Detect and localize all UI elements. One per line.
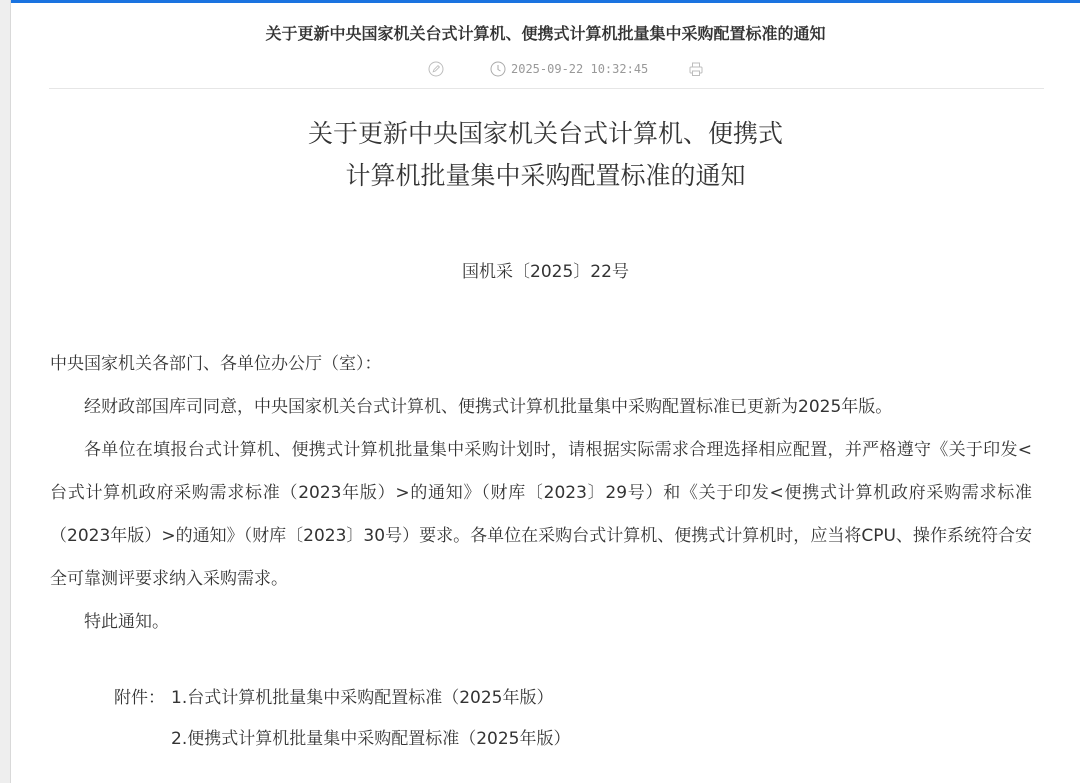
salutation: 中央国家机关各部门、各单位办公厅（室）：: [50, 343, 1032, 386]
clock-icon: [490, 61, 506, 77]
document-title-line-1: 关于更新中央国家机关台式计算机、便携式: [11, 113, 1080, 155]
attachments-label: 附件：: [114, 678, 171, 719]
left-gutter: [0, 0, 11, 783]
document-number: 国机采〔2025〕22号: [11, 257, 1080, 282]
pencil-circle-icon: [428, 61, 444, 77]
publish-time: 2025-09-22 10:32:45: [490, 61, 648, 77]
document-title-line-2: 计算机批量集中采购配置标准的通知: [11, 155, 1080, 197]
attachment-link-1[interactable]: 1.台式计算机批量集中采购配置标准（2025年版）: [171, 678, 553, 719]
timestamp: 2025-09-22 10:32:45: [511, 62, 648, 76]
article-page: 关于更新中央国家机关台式计算机、便携式计算机批量集中采购配置标准的通知 2025…: [11, 3, 1080, 783]
edit-button[interactable]: [428, 61, 444, 77]
paragraph: 各单位在填报台式计算机、便携式计算机批量集中采购计划时，请根据实际需求合理选择相…: [50, 429, 1032, 601]
paragraph: 经财政部国库司同意，中央国家机关台式计算机、便携式计算机批量集中采购配置标准已更…: [50, 386, 1032, 429]
header-title: 关于更新中央国家机关台式计算机、便携式计算机批量集中采购配置标准的通知: [11, 21, 1080, 44]
attachment-link-2[interactable]: 2.便携式计算机批量集中采购配置标准（2025年版）: [171, 719, 570, 760]
attachments: 附件： 1.台式计算机批量集中采购配置标准（2025年版） 2.便携式计算机批量…: [114, 678, 570, 760]
document-body: 中央国家机关各部门、各单位办公厅（室）： 经财政部国库司同意，中央国家机关台式计…: [50, 343, 1032, 644]
document-title: 关于更新中央国家机关台式计算机、便携式 计算机批量集中采购配置标准的通知: [11, 113, 1080, 197]
article-meta: 2025-09-22 10:32:45: [11, 61, 1080, 81]
header-divider: [49, 88, 1044, 89]
printer-icon: [688, 61, 704, 77]
print-button[interactable]: [688, 61, 704, 77]
closing: 特此通知。: [50, 601, 1032, 644]
